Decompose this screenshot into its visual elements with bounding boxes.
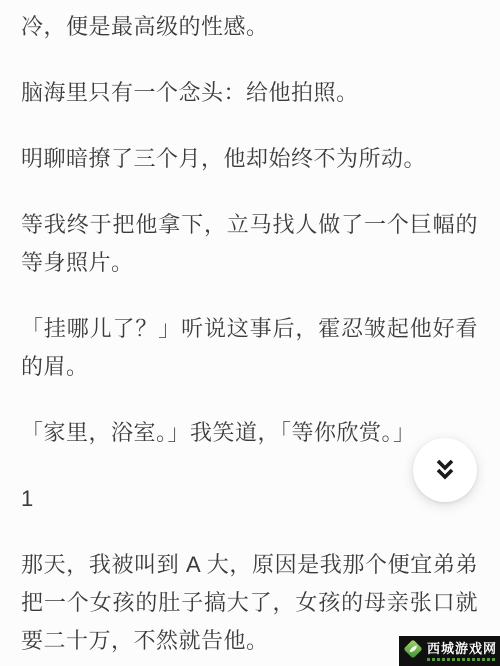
story-paragraph: 脑海里只有一个念头：给他拍照。 [21,74,478,112]
scroll-to-bottom-button[interactable] [413,438,477,502]
watermark-site-name: 西城游戏网 [427,642,497,656]
watermark-text: 西城游戏网 [427,642,497,661]
story-paragraph: 冷，便是最高级的性感。 [21,8,478,46]
reader-page: 冷，便是最高级的性感。 脑海里只有一个念头：给他拍照。 明聊暗撩了三个月，他却始… [0,0,500,666]
story-paragraph: 等我终于把他拿下，立马找人做了一个巨幅的等身照片。 [21,206,478,282]
section-number: 1 [21,480,478,518]
double-chevron-down-icon [432,456,458,484]
watermark-leaf-icon [402,638,424,665]
watermark-subtext [427,658,497,661]
watermark: 西城游戏网 [399,636,500,666]
story-paragraph: 「家里，浴室。」我笑道，「等你欣赏。」 [21,414,478,452]
story-paragraph: 明聊暗撩了三个月，他却始终不为所动。 [21,140,478,178]
story-paragraph: 「挂哪儿了？」听说这事后，霍忍皱起他好看的眉。 [21,310,478,386]
